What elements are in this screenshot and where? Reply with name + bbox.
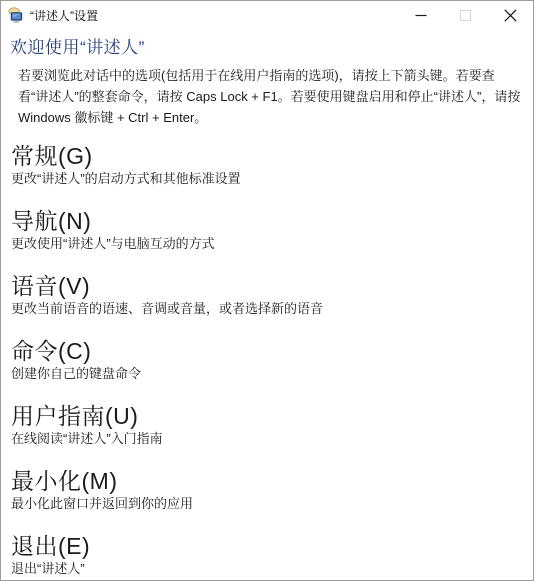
close-button[interactable] [488,1,533,29]
window-title: “讲述人”设置 [30,7,398,24]
welcome-heading: 欢迎使用“讲述人” [10,33,523,58]
section-voice[interactable]: 语音(V) 更改当前语音的语速、音调或音量，或者选择新的语音 [11,272,523,318]
section-description: 更改“讲述人”的启动方式和其他标准设置 [11,170,523,188]
section-title: 常规(G) [11,142,523,170]
section-description: 退出“讲述人” [11,560,523,578]
narrator-settings-window: “讲述人”设置 欢迎使用“讲述人” 若要浏览此对话中的选项(包括 [0,0,534,581]
section-commands[interactable]: 命令(C) 创建你自己的键盘命令 [11,337,523,383]
section-title: 退出(E) [11,532,523,560]
minimize-button[interactable] [398,1,443,29]
section-general[interactable]: 常规(G) 更改“讲述人”的启动方式和其他标准设置 [11,142,523,188]
section-description: 更改使用“讲述人”与电脑互动的方式 [11,235,523,253]
sections-list: 常规(G) 更改“讲述人”的启动方式和其他标准设置 导航(N) 更改使用“讲述人… [11,142,523,578]
close-icon [504,9,517,22]
section-user-guide[interactable]: 用户指南(U) 在线阅读“讲述人”入门指南 [11,402,523,448]
section-description: 在线阅读“讲述人”入门指南 [11,430,523,448]
section-title: 用户指南(U) [11,402,523,430]
section-title: 命令(C) [11,337,523,365]
section-exit[interactable]: 退出(E) 退出“讲述人” [11,532,523,578]
section-description: 更改当前语音的语速、音调或音量，或者选择新的语音 [11,300,523,318]
window-controls [398,1,533,29]
content-area: 欢迎使用“讲述人” 若要浏览此对话中的选项(包括用于在线用户指南的选项)，请按上… [1,29,533,578]
minimize-icon [415,9,427,21]
section-title: 语音(V) [11,272,523,300]
section-title: 最小化(M) [11,467,523,495]
section-description: 创建你自己的键盘命令 [11,365,523,383]
titlebar: “讲述人”设置 [1,1,533,29]
section-title: 导航(N) [11,207,523,235]
narrator-app-icon [8,7,24,23]
section-description: 最小化此窗口并返回到你的应用 [11,495,523,513]
intro-text: 若要浏览此对话中的选项(包括用于在线用户指南的选项)，请按上下箭头键。若要查看“… [18,65,523,128]
section-minimize[interactable]: 最小化(M) 最小化此窗口并返回到你的应用 [11,467,523,513]
maximize-button [443,1,488,29]
maximize-icon [460,10,471,21]
section-navigation[interactable]: 导航(N) 更改使用“讲述人”与电脑互动的方式 [11,207,523,253]
